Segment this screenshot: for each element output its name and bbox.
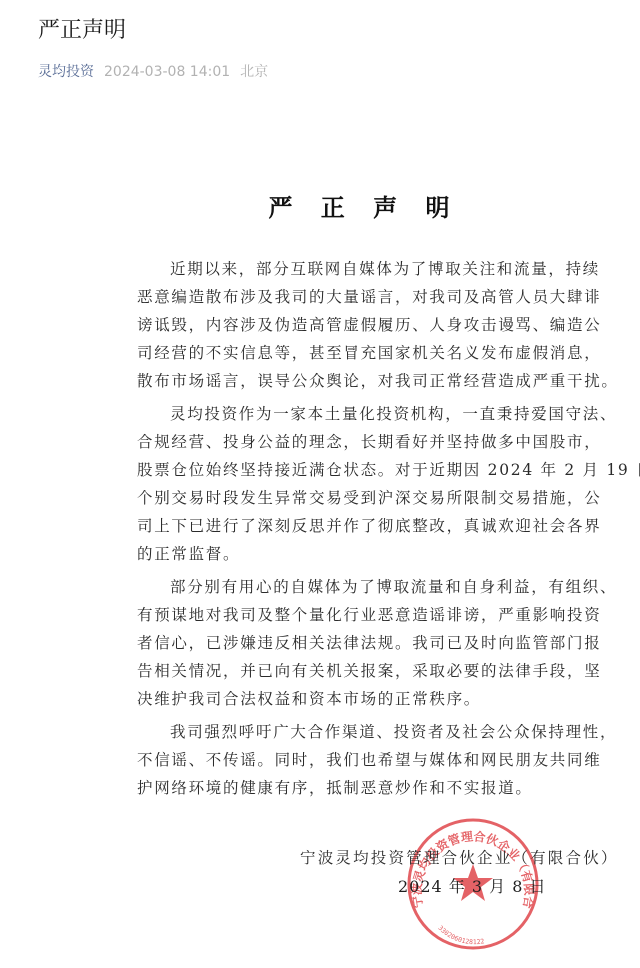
paragraph-line: 股票仓位始终坚持接近满仓状态。对于近期因 2024 年 2 月 19 日 (137, 459, 597, 487)
paragraph-line: 恶意编造散布涉及我司的大量谣言，对我司及高管人员大肆诽 (137, 286, 597, 314)
paragraph-line: 我司强烈呼吁广大合作渠道、投资者及社会公众保持理性， (137, 721, 597, 749)
paragraph-line: 决维护我司合法权益和资本市场的正常秩序。 (137, 688, 597, 716)
paragraph-2: 灵均投资作为一家本土量化投资机构，一直秉持爱国守法、 合规经营、投身公益的理念，… (137, 403, 597, 571)
paragraph-line: 告相关情况，并已向有关机关报案，采取必要的法律手段，坚 (137, 660, 597, 688)
paragraph-3: 部分别有用心的自媒体为了博取流量和自身利益，有组织、 有预谋地对我司及整个量化行… (137, 576, 597, 716)
svg-text:3302060128122: 3302060128122 (437, 924, 486, 946)
paragraph-line: 散布市场谣言，误导公众舆论，对我司正常经营造成严重干扰。 (137, 370, 597, 398)
paragraph-line: 有预谋地对我司及整个量化行业恶意造谣诽谤，严重影响投资 (137, 604, 597, 632)
paragraph-line: 近期以来，部分互联网自媒体为了博取关注和流量，持续 (137, 258, 597, 286)
paragraph-line: 部分别有用心的自媒体为了博取流量和自身利益，有组织、 (137, 576, 597, 604)
paragraph-line: 护网络环境的健康有序，抵制恶意炒作和不实报道。 (137, 777, 597, 805)
paragraph-line: 个别交易时段发生异常交易受到沪深交易所限制交易措施，公 (137, 487, 597, 515)
signatory-company: 宁波灵均投资管理合伙企业（有限合伙） (300, 846, 619, 868)
document-body: 近期以来，部分互联网自媒体为了博取关注和流量，持续 恶意编造散布涉及我司的大量谣… (137, 258, 597, 810)
paragraph-line: 合规经营、投身公益的理念，长期看好并坚持做多中国股市， (137, 431, 597, 459)
paragraph-line: 不信谣、不传谣。同时，我们也希望与媒体和网民朋友共同维 (137, 749, 597, 777)
paragraph-line: 司上下已进行了深刻反思并作了彻底整改，真诚欢迎社会各界 (137, 515, 597, 543)
paragraph-line: 者信心，已涉嫌违反相关法律法规。我司已及时向监管部门报 (137, 632, 597, 660)
paragraph-line: 谤诋毁，内容涉及伪造高管虚假履历、人身攻击谩骂、编造公 (137, 314, 597, 342)
document-title: 严 正 声 明 (0, 188, 640, 223)
paragraph-4: 我司强烈呼吁广大合作渠道、投资者及社会公众保持理性， 不信谣、不传谣。同时，我们… (137, 721, 597, 805)
paragraph-line: 司经营的不实信息等，甚至冒充国家机关名义发布虚假消息， (137, 342, 597, 370)
paragraph-line: 灵均投资作为一家本土量化投资机构，一直秉持爱国守法、 (137, 403, 597, 431)
statement-document-image: 严 正 声 明 近期以来，部分互联网自媒体为了博取关注和流量，持续 恶意编造散布… (0, 0, 640, 968)
signature-date: 2024 年 3 月 8 日 (398, 874, 547, 897)
seal-number: 3302060128122 (437, 924, 486, 946)
paragraph-line: 的正常监督。 (137, 543, 597, 571)
paragraph-1: 近期以来，部分互联网自媒体为了博取关注和流量，持续 恶意编造散布涉及我司的大量谣… (137, 258, 597, 398)
